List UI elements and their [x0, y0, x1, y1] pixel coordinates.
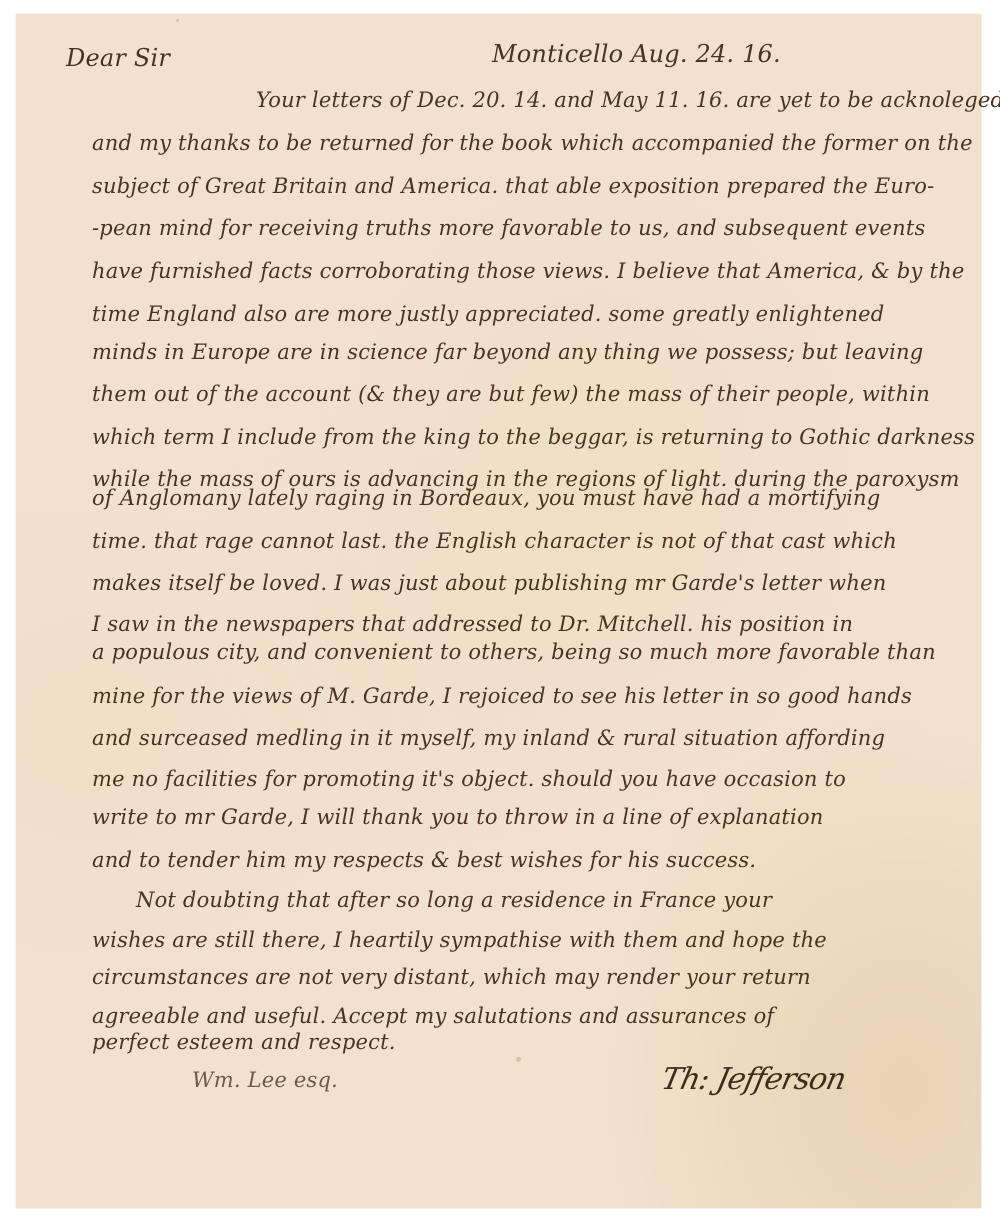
body-line: agreeable and useful. Accept my salutati…	[92, 1004, 774, 1028]
body-line: write to mr Garde, I will thank you to t…	[92, 805, 824, 829]
salutation: Dear Sir	[66, 44, 170, 72]
foxing-spot	[176, 19, 179, 22]
body-line: me no facilities for promoting it's obje…	[92, 767, 846, 791]
body-line: mine for the views of M. Garde, I rejoic…	[92, 684, 912, 708]
body-line: and to tender him my respects & best wis…	[92, 848, 756, 872]
body-line: circumstances are not very distant, whic…	[92, 965, 811, 989]
body-line: them out of the account (& they are but …	[92, 382, 930, 406]
addressee: Wm. Lee esq.	[192, 1068, 338, 1092]
body-line: makes itself be loved. I was just about …	[92, 571, 886, 595]
body-line: Not doubting that after so long a reside…	[136, 888, 772, 912]
body-line: and my thanks to be returned for the boo…	[92, 131, 973, 155]
body-line: Your letters of Dec. 20. 14. and May 11.…	[256, 88, 1000, 112]
body-line: wishes are still there, I heartily sympa…	[92, 928, 827, 952]
body-line: of Anglomany lately raging in Bordeaux, …	[92, 486, 880, 510]
body-line: -pean mind for receiving truths more fav…	[92, 216, 925, 240]
body-line: I saw in the newspapers that addressed t…	[92, 612, 853, 636]
body-line: have furnished facts corroborating those…	[92, 259, 964, 283]
body-line: subject of Great Britain and America. th…	[92, 174, 934, 198]
body-line: time England also are more justly apprec…	[92, 302, 884, 326]
body-line: time. that rage cannot last. the English…	[92, 529, 897, 553]
signature: Th: Jefferson	[658, 1062, 848, 1097]
foxing-spot	[516, 1057, 521, 1062]
dateline: Monticello Aug. 24. 16.	[492, 40, 781, 68]
body-line: minds in Europe are in science far beyon…	[92, 340, 923, 364]
body-line: which term I include from the king to th…	[92, 425, 975, 449]
body-line: and surceased medling in it myself, my i…	[92, 726, 885, 750]
body-line: a populous city, and convenient to other…	[92, 640, 936, 664]
body-line: perfect esteem and respect.	[92, 1030, 396, 1054]
